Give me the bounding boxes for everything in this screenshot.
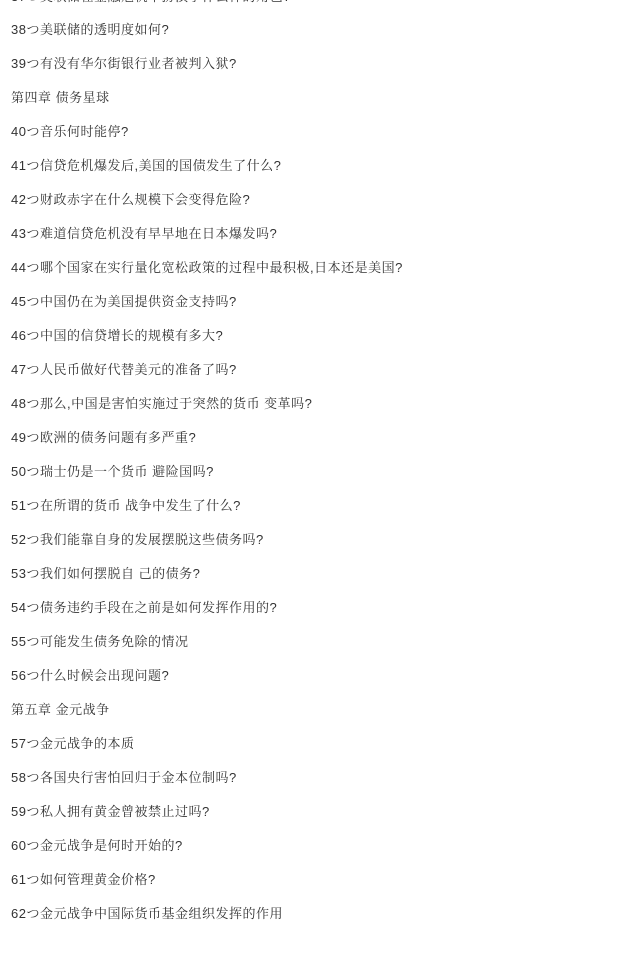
toc-item: 58つ各国央行害怕回归于金本位制吗? xyxy=(11,771,612,785)
toc-item: 41つ信贷危机爆发后,美国的国债发生了什么? xyxy=(11,159,612,173)
toc-item: 49つ欧洲的债务问题有多严重? xyxy=(11,431,612,445)
toc-item: 55つ可能发生债务免除的情况 xyxy=(11,635,612,649)
toc-item: 61つ如何管理黄金价格? xyxy=(11,873,612,887)
toc-item: 47つ人民币做好代替美元的准备了吗? xyxy=(11,363,612,377)
toc-item: 46つ中国的信贷增长的规模有多大? xyxy=(11,329,612,343)
toc-item-text: 37つ美联储在金融危机中扮演了什么样的角色? xyxy=(11,0,612,4)
toc-item: 42つ财政赤字在什么规模下会变得危险? xyxy=(11,193,612,207)
chapter-heading: 第五章 金元战争 xyxy=(11,703,612,717)
toc-item: 54つ债务违约手段在之前是如何发挥作用的? xyxy=(11,601,612,615)
toc-item: 48つ那么,中国是害怕实施过于突然的货币 变革吗? xyxy=(11,397,612,411)
toc-page: 37つ美联储在金融危机中扮演了什么样的角色?38つ美联储的透明度如何?39つ有没… xyxy=(0,0,620,921)
toc-item: 39つ有没有华尔街银行业者被判入狱? xyxy=(11,57,612,71)
toc-item: 38つ美联储的透明度如何? xyxy=(11,23,612,37)
chapter-heading: 第四章 债务星球 xyxy=(11,91,612,105)
toc-item: 59つ私人拥有黄金曾被禁止过吗? xyxy=(11,805,612,819)
toc-item: 56つ什么时候会出现问题? xyxy=(11,669,612,683)
toc-item: 44つ哪个国家在实行量化宽松政策的过程中最积极,日本还是美国? xyxy=(11,261,612,275)
toc-item: 40つ音乐何时能停? xyxy=(11,125,612,139)
toc-item: 52つ我们能靠自身的发展摆脱这些债务吗? xyxy=(11,533,612,547)
toc-item: 43つ难道信贷危机没有早早地在日本爆发吗? xyxy=(11,227,612,241)
toc-item: 62つ金元战争中国际货币基金组织发挥的作用 xyxy=(11,907,612,921)
toc-item: 60つ金元战争是何时开始的? xyxy=(11,839,612,853)
toc-item: 57つ金元战争的本质 xyxy=(11,737,612,751)
clipped-top-line: 37つ美联储在金融危机中扮演了什么样的角色? xyxy=(11,0,612,4)
toc-item: 45つ中国仍在为美国提供资金支持吗? xyxy=(11,295,612,309)
toc-item: 53つ我们如何摆脱自 己的债务? xyxy=(11,567,612,581)
toc-item: 50つ瑞士仍是一个货币 避险国吗? xyxy=(11,465,612,479)
toc-item: 51つ在所谓的货币 战争中发生了什么? xyxy=(11,499,612,513)
